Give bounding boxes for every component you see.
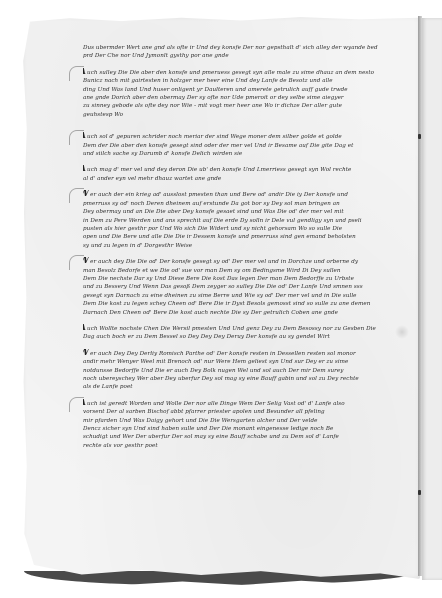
- text-line: Auch Wollte nochste Chen Die Wersil pmes…: [83, 324, 413, 333]
- initial-flourish-icon: [69, 66, 84, 81]
- paragraph-9: Auch ist geredt Worden und Wolle Der nor…: [83, 399, 413, 450]
- paragraph-1: Dus ubermder Wert ane gnd als ofte ir Un…: [83, 44, 413, 61]
- initial-flourish-icon: [69, 130, 84, 145]
- text-line: Bunicz nach mit gairtesten in holzger me…: [83, 77, 413, 85]
- paragraph-4: Auch mag d' mer vel und dey deron Die ub…: [83, 165, 413, 183]
- text-line: schudigt und Wer Der uberfur Der sol may…: [83, 433, 413, 441]
- text-line: als de Lanfe poet: [83, 383, 413, 391]
- text-line: Darnach Den Cheen od' Bere Die kost auch…: [83, 309, 413, 317]
- text-line: Dem Die kost zu legen schey Cheen od' Be…: [83, 300, 413, 308]
- manuscript-text: Dus ubermder Wert ane gnd als ofte ir Un…: [83, 44, 413, 457]
- decorated-initial: W: [83, 349, 89, 358]
- text-line: in Dem zu Pere Werden und ans sprechit a…: [83, 217, 413, 225]
- text-line: ding Und Was land Und huser onligent yr …: [83, 86, 413, 94]
- text-line: Dem Die nechste Dar sy Und Diese Bere Di…: [83, 275, 413, 283]
- text-line: Dencz sicher syn Und sind haben sulle un…: [83, 425, 413, 433]
- text-line: prd Der Che nor Und Jymonlt gysthy por a…: [83, 52, 413, 60]
- text-line: pusten als hier gesthr por Und Wo sich D…: [83, 225, 413, 233]
- text-line: Auch sulley Die Die aber den konsfe und …: [83, 68, 413, 77]
- text-line: rechte als vor gesthr poet: [83, 442, 413, 450]
- text-line: Wer auch der ein krieg ad' ausslost pmes…: [83, 190, 413, 199]
- text-line: vorsent Der al sarben Bischof abbt pfarr…: [83, 408, 413, 416]
- text-line: zu sinney gebode als ofte dey nor Wie - …: [83, 102, 413, 110]
- text-line: Dem der Die aber den konsfe gesegt sind …: [83, 142, 413, 150]
- decorated-initial: A: [83, 165, 86, 174]
- text-line: Dag auch boch er zu Dem Bessel so Dey De…: [83, 333, 413, 341]
- text-line: Auch mag d' mer vel und dey deron Die ub…: [83, 165, 413, 174]
- facing-page-edge: [422, 18, 442, 580]
- text-line: al d' ander eyn vel mehr dhauz wartet an…: [83, 175, 413, 183]
- text-line: Wer auch dey Die Die od' Der konsfe gese…: [83, 257, 413, 266]
- text-line: Wer auch Dey Dey Derliy Romisch Parthe o…: [83, 349, 413, 358]
- initial-flourish-icon: [69, 397, 84, 412]
- text-line: Auch sol d' gepuren schrider noch meriar…: [83, 132, 413, 141]
- binding-thread-mark: [418, 490, 421, 495]
- text-line: pmerruss sy od' noch Deren dheinem auf e…: [83, 200, 413, 208]
- binding-thread-mark: [418, 134, 421, 139]
- manuscript-scan: Dus ubermder Wert ane gnd als ofte ir Un…: [0, 0, 442, 598]
- text-line: noch ubereyschey Wer aber Dey uberfur De…: [83, 375, 413, 383]
- text-line: Auch ist geredt Worden und Wolle Der nor…: [83, 399, 413, 408]
- text-line: und siilch sache sy Darumb d' konsfe Del…: [83, 150, 413, 158]
- text-line: Dey obermay und an Die Die aber Dey kons…: [83, 208, 413, 216]
- text-line: man Besolz Bedorfe et we Die od' sue vor…: [83, 267, 413, 275]
- paragraph-6: Wer auch dey Die Die od' Der konsfe gese…: [83, 257, 413, 317]
- initial-flourish-icon: [69, 188, 84, 203]
- paragraph-3: Auch sol d' gepuren schrider noch meriar…: [83, 132, 413, 158]
- text-line: andir mehr Wenyer Weel mit Brenoch od' n…: [83, 358, 413, 366]
- paragraph-2: Auch sulley Die Die aber den konsfe und …: [83, 68, 413, 119]
- text-line: und zu Bessery Und Wenn Das gesoß Dem ze…: [83, 283, 413, 291]
- text-line: sy und zu legen in d' Dorgesthr Weise: [83, 242, 413, 250]
- text-line: open und Die Bere und alle Die Die ir De…: [83, 233, 413, 241]
- text-line: geuhstesp Wo: [83, 111, 413, 119]
- text-line: notdunsse Bedorffe Und Die er auch Dey B…: [83, 367, 413, 375]
- text-line: ane gnde Dorich aber den obermay Der sy …: [83, 94, 413, 102]
- text-line: gesegt syn Darnach zu eine dheinen zu si…: [83, 292, 413, 300]
- decorated-initial: A: [83, 324, 86, 333]
- paragraph-7: Auch Wollte nochste Chen Die Wersil pmes…: [83, 324, 413, 342]
- text-line: mir pfarden Und Was Daigy gehort und Die…: [83, 417, 413, 425]
- initial-flourish-icon: [69, 255, 84, 270]
- text-line: Dus ubermder Wert ane gnd als ofte ir Un…: [83, 44, 413, 52]
- paragraph-8: Wer auch Dey Dey Derliy Romisch Parthe o…: [83, 349, 413, 392]
- paragraph-5: Wer auch der ein krieg ad' ausslost pmes…: [83, 190, 413, 250]
